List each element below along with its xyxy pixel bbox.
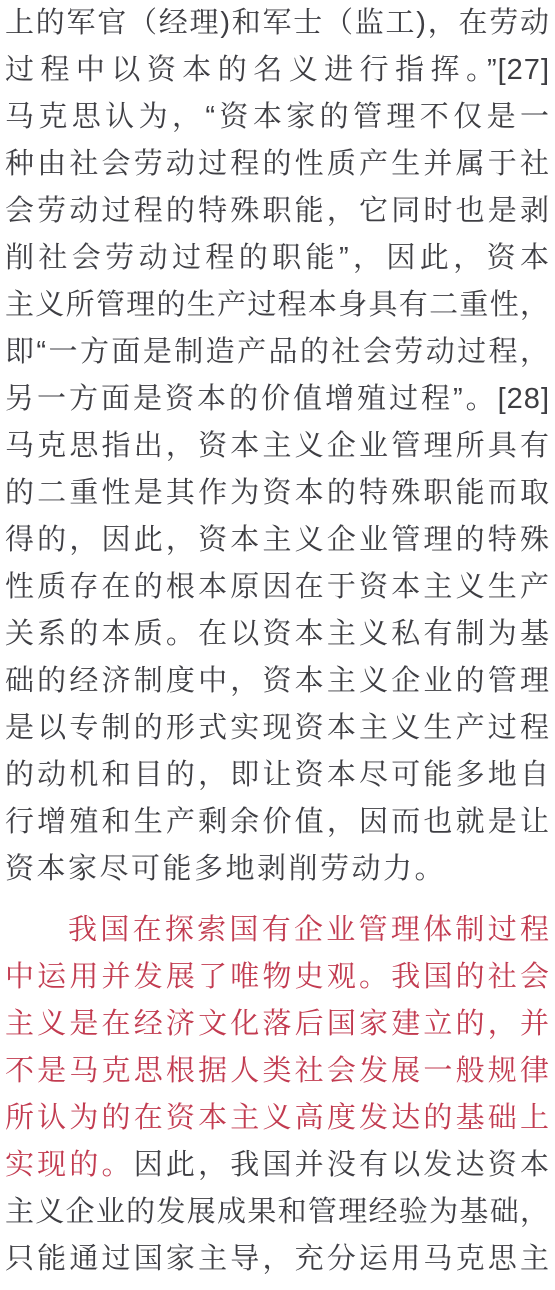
- text-line: 不是马克思根据人类社会发展一般规律: [5, 1048, 550, 1095]
- text-segment: 马克思认为，“资本家的管理不仅是一: [5, 101, 550, 133]
- text-segment: 资本家尽可能多地剥削劳动力。: [5, 853, 446, 885]
- text-line: 是以专制的形式实现资本主义生产过程: [5, 705, 550, 752]
- text-line: 只能通过国家主导，充分运用马克思主: [5, 1236, 550, 1283]
- text-line: 础的经济制度中，资本主义企业的管理: [5, 658, 550, 705]
- text-line: 另一方面是资本的价值增殖过程”。[28]: [5, 376, 550, 423]
- text-line: 的二重性是其作为资本的特殊职能而取: [5, 470, 550, 517]
- text-segment: 即“一方面是制造产品的社会劳动过程，: [5, 336, 550, 368]
- highlighted-text-segment: 所认为的在资本主义高度发达的基础上: [5, 1102, 550, 1134]
- text-line: 所认为的在资本主义高度发达的基础上: [5, 1095, 550, 1142]
- text-segment: 性质存在的根本原因在于资本主义生产: [5, 571, 550, 603]
- article-text-column: 上的军官（经理)和军士（监工)，在劳动过程中以资本的名义进行指挥。”[27]马克…: [5, 0, 550, 1283]
- text-segment: 上的军官（经理)和军士（监工)，在劳动: [5, 7, 550, 39]
- text-segment: 另一方面是资本的价值增殖过程”。[28]: [5, 383, 550, 415]
- text-line: 种由社会劳动过程的性质产生并属于社: [5, 141, 550, 188]
- text-segment: 得的，因此，资本主义企业管理的特殊: [5, 524, 550, 556]
- text-line: 我国在探索国有企业管理体制过程: [5, 907, 550, 954]
- text-segment: 是以专制的形式实现资本主义生产过程: [5, 712, 550, 744]
- highlighted-text-segment: 实现的。: [5, 1149, 134, 1181]
- text-segment: 过程中以资本的名义进行指挥。”[27]: [5, 54, 550, 86]
- text-segment: 削社会劳动过程的职能”，因此，资本: [5, 242, 550, 274]
- text-line: 会劳动过程的特殊职能，它同时也是剥: [5, 188, 550, 235]
- paragraph-china-soe-management-exploration: 我国在探索国有企业管理体制过程中运用并发展了唯物史观。我国的社会主义是在经济文化…: [5, 907, 550, 1283]
- text-segment: 只能通过国家主导，充分运用马克思主: [5, 1243, 550, 1275]
- highlighted-text-segment: 主义是在经济文化落后国家建立的，并: [5, 1008, 550, 1040]
- reader-page: 上的军官（经理)和军士（监工)，在劳动过程中以资本的名义进行指挥。”[27]马克…: [0, 0, 555, 1290]
- text-segment: 的二重性是其作为资本的特殊职能而取: [5, 477, 550, 509]
- text-line: 马克思指出，资本主义企业管理所具有: [5, 423, 550, 470]
- text-line: 过程中以资本的名义进行指挥。”[27]: [5, 47, 550, 94]
- text-line: 主义是在经济文化落后国家建立的，并: [5, 1001, 550, 1048]
- text-line: 主义企业的发展成果和管理经验为基础，: [5, 1189, 550, 1236]
- paragraph-capitalist-management-dual-nature: 上的军官（经理)和军士（监工)，在劳动过程中以资本的名义进行指挥。”[27]马克…: [5, 0, 550, 893]
- text-line: 的动机和目的，即让资本尽可能多地自: [5, 752, 550, 799]
- highlighted-text-segment: 中运用并发展了唯物史观。我国的社会: [5, 961, 550, 993]
- text-segment: 马克思指出，资本主义企业管理所具有: [5, 430, 550, 462]
- text-segment: 行增殖和生产剩余价值，因而也就是让: [5, 806, 550, 838]
- text-segment: 会劳动过程的特殊职能，它同时也是剥: [5, 195, 550, 227]
- text-line: 中运用并发展了唯物史观。我国的社会: [5, 954, 550, 1001]
- text-segment: 础的经济制度中，资本主义企业的管理: [5, 665, 550, 697]
- text-segment: 关系的本质。在以资本主义私有制为基: [5, 618, 550, 650]
- text-line: 削社会劳动过程的职能”，因此，资本: [5, 235, 550, 282]
- text-line: 即“一方面是制造产品的社会劳动过程，: [5, 329, 550, 376]
- text-line: 关系的本质。在以资本主义私有制为基: [5, 611, 550, 658]
- text-line: 实现的。因此，我国并没有以发达资本: [5, 1142, 550, 1189]
- text-line: 上的军官（经理)和军士（监工)，在劳动: [5, 0, 550, 47]
- text-line: 性质存在的根本原因在于资本主义生产: [5, 564, 550, 611]
- highlighted-text-segment: 不是马克思根据人类社会发展一般规律: [5, 1055, 550, 1087]
- text-line: 得的，因此，资本主义企业管理的特殊: [5, 517, 550, 564]
- text-line: 资本家尽可能多地剥削劳动力。: [5, 846, 550, 893]
- text-segment: 的动机和目的，即让资本尽可能多地自: [5, 759, 550, 791]
- text-segment: 因此，我国并没有以发达资本: [134, 1149, 550, 1181]
- text-segment: 主义企业的发展成果和管理经验为基础，: [5, 1196, 550, 1228]
- text-line: 主义所管理的生产过程本身具有二重性，: [5, 282, 550, 329]
- text-line: 马克思认为，“资本家的管理不仅是一: [5, 94, 550, 141]
- highlighted-text-segment: 我国在探索国有企业管理体制过程: [68, 914, 550, 946]
- text-segment: 种由社会劳动过程的性质产生并属于社: [5, 148, 550, 180]
- text-segment: 主义所管理的生产过程本身具有二重性，: [5, 289, 550, 321]
- text-line: 行增殖和生产剩余价值，因而也就是让: [5, 799, 550, 846]
